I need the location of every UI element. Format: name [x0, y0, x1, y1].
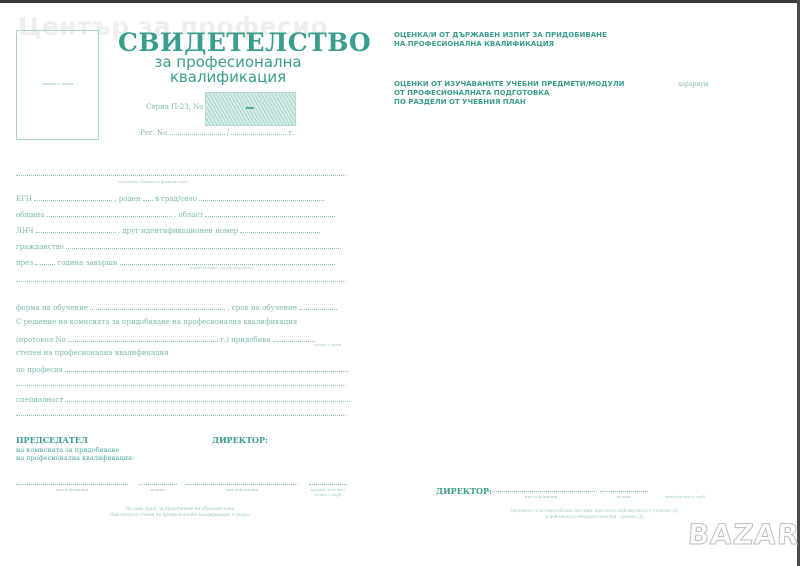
- right-footnote: Оценките са по шестобална система, при к…: [470, 508, 720, 520]
- chairman-sub-line-2: на професионална квалификация:: [16, 454, 134, 462]
- egn-row: ЕГН , роден в град/село: [16, 193, 346, 204]
- training-period-label: , срок на обучение: [227, 304, 297, 312]
- left-footnote: Не дава право за придобиване на образова…: [60, 506, 300, 518]
- right-caption-seal: печат/печат с герб: [655, 494, 715, 499]
- subjects-heading-line-2: ОТ ПРОФЕСИОНАЛНАТА ПОДГОТОВКА: [394, 89, 625, 98]
- graduated-label: година завърши: [58, 259, 118, 267]
- other-id-label: , друг идентификационен номер: [118, 227, 238, 235]
- municipality-row: община , област: [16, 209, 346, 220]
- lnch-field[interactable]: [36, 225, 116, 233]
- subtitle-line-2: квалификация: [118, 70, 338, 85]
- training-form-field[interactable]: [90, 302, 225, 310]
- city-field[interactable]: [199, 193, 324, 201]
- degree-text: степен на професионална квалификация: [16, 349, 169, 357]
- reg-number-field[interactable]: [170, 134, 225, 135]
- training-period-field[interactable]: [299, 302, 337, 310]
- decision-text: С решение на комисията за придобиване на…: [16, 318, 297, 326]
- subjects-heading-line-3: ПО РАЗДЕЛИ ОТ УЧЕБНИЯ ПЛАН: [394, 98, 625, 107]
- caption-signature-2b: печат с герб: [305, 492, 351, 497]
- institution-field[interactable]: [120, 257, 335, 265]
- degree-hint: степен с думи: [313, 342, 341, 347]
- bazar-logo: BAZAR: [687, 518, 800, 551]
- training-row: форма на обучение , срок на обучение: [16, 302, 346, 313]
- acquires-label: г.) придобива: [220, 336, 270, 344]
- in-year-label: през: [16, 259, 33, 267]
- reg-date-field[interactable]: [231, 134, 286, 135]
- protocol-row: (протокол No г.) придобива: [16, 334, 346, 345]
- subjects-heading-line-1: ОЦЕНКИ ОТ ИЗУЧАВАНИТЕ УЧЕБНИ ПРЕДМЕТИ/МО…: [394, 80, 625, 89]
- caption-name-2: име и фамилия: [186, 487, 298, 492]
- born-label: , роден: [114, 195, 140, 203]
- left-footnote-line-2: Най-ниската степен на професионална квал…: [60, 512, 300, 518]
- graduated-row: през година завърши: [16, 257, 346, 268]
- profession-label: по професия: [16, 366, 63, 374]
- chairman-title: ПРЕДСЕДАТЕЛ: [16, 435, 88, 445]
- egn-field[interactable]: [34, 193, 112, 201]
- photo-label: снимка с печат: [17, 81, 98, 86]
- chairman-name-line[interactable]: [16, 484, 128, 485]
- specialty-field-2[interactable]: [16, 415, 346, 416]
- name-hint: собствено, бащино и фамилно име: [118, 179, 188, 184]
- director-name-line[interactable]: [186, 484, 298, 485]
- caption-signature-1: подпис: [139, 487, 177, 492]
- reg-sep: /: [227, 129, 229, 137]
- city-label: в град/село: [155, 195, 197, 203]
- right-caption-name: име и фамилия: [485, 494, 597, 499]
- horarium-label: хорариум: [678, 81, 708, 88]
- caption-signature-2: подпис и печат/ печат с герб: [305, 487, 351, 497]
- chairman-subtitle: на комисията за придобиване на професион…: [16, 446, 134, 462]
- protocol-field[interactable]: [68, 334, 218, 342]
- profession-field-2[interactable]: [16, 385, 346, 386]
- year-field[interactable]: [35, 257, 55, 265]
- degree-row: степен на професионална квалификация: [16, 349, 346, 360]
- state-exam-heading-line-1: ОЦЕНКА/И ОТ ДЪРЖАВЕН ИЗПИТ ЗА ПРИДОБИВАН…: [394, 31, 607, 40]
- egn-label: ЕГН: [16, 195, 32, 203]
- municipality-field[interactable]: [47, 209, 172, 217]
- subjects-heading: ОЦЕНКИ ОТ ИЗУЧАВАНИТЕ УЧЕБНИ ПРЕДМЕТИ/МО…: [394, 80, 625, 107]
- decision-row: С решение на комисията за придобиване на…: [16, 318, 346, 329]
- right-director-name-line[interactable]: [485, 491, 597, 492]
- lnch-row: ЛНЧ , друг идентификационен номер: [16, 225, 346, 236]
- caption-name-1: име и фамилия: [16, 487, 128, 492]
- certificate-subtitle: за професионална квалификация: [118, 55, 338, 85]
- director-title-right: ДИРЕКТОР:: [436, 486, 492, 496]
- profession-field[interactable]: [65, 364, 348, 372]
- name-field[interactable]: [16, 175, 346, 176]
- born-field[interactable]: [143, 193, 153, 201]
- institution-hint: наименование на институцията: [190, 265, 254, 270]
- protocol-label: (протокол No: [16, 336, 66, 344]
- registration-number: Рег. No / г.: [140, 129, 295, 137]
- citizenship-label: гражданство: [16, 243, 64, 251]
- region-label: , област: [174, 211, 203, 219]
- municipality-label: община: [16, 211, 44, 219]
- right-footnote-line-2: а най-ниската незадоволителна - среден (…: [470, 514, 720, 520]
- state-exam-heading: ОЦЕНКА/И ОТ ДЪРЖАВЕН ИЗПИТ ЗА ПРИДОБИВАН…: [394, 31, 607, 49]
- specialty-label: специалност: [16, 396, 63, 404]
- institution-field-2[interactable]: [16, 281, 346, 282]
- series-label: Серия П-23, No: [146, 103, 203, 111]
- citizenship-field[interactable]: [66, 241, 341, 249]
- right-caption-signature: подпис: [600, 494, 648, 499]
- training-form-label: форма на обучение: [16, 304, 88, 312]
- chairman-signature-line[interactable]: [139, 484, 177, 485]
- citizenship-row: гражданство: [16, 241, 346, 252]
- specialty-field[interactable]: [65, 394, 350, 402]
- lnch-label: ЛНЧ: [16, 227, 33, 235]
- photo-placeholder: снимка с печат: [16, 30, 99, 140]
- security-seal: [205, 92, 296, 126]
- reg-year: г.: [289, 129, 295, 137]
- region-field[interactable]: [205, 209, 335, 217]
- profession-row: по професия: [16, 364, 346, 375]
- right-director-signature-line[interactable]: [600, 491, 648, 492]
- chairman-sub-line-1: на комисията за придобиване: [16, 446, 134, 454]
- state-exam-heading-line-2: НА ПРОФЕСИОНАЛНА КВАЛИФИКАЦИЯ: [394, 40, 607, 49]
- scan-border-top: [0, 0, 800, 3]
- specialty-row: специалност: [16, 394, 346, 405]
- director-title-left: ДИРЕКТОР:: [212, 435, 268, 445]
- other-id-field[interactable]: [240, 225, 320, 233]
- director-signature-line[interactable]: [309, 484, 347, 485]
- reg-label: Рег. No: [140, 129, 167, 137]
- degree-field[interactable]: [273, 334, 315, 342]
